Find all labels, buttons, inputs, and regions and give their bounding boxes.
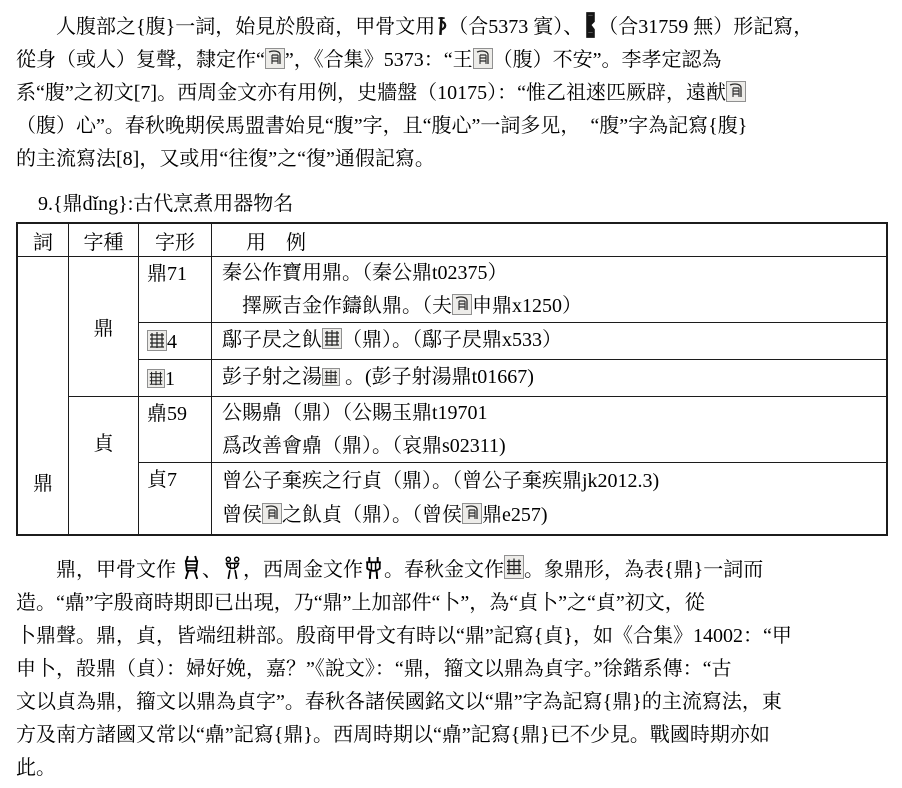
usage-line: 擇厥吉金作鑄飤鼎。（夫申鼎x1250） bbox=[242, 290, 886, 323]
usage-line: 秦公作寶用鼎。（秦公鼎t02375） bbox=[222, 257, 886, 290]
body-text: 申卜，㱿鼎（貞）：婦好娩，嘉？”《說文》：“鼎，籀文以鼎為貞字。”徐鍇系傳：“古 bbox=[16, 658, 732, 680]
text-line: 人腹部之{腹}一詞，始見於殷商，甲骨文用（合5373 賓）、（合31759 無）… bbox=[16, 11, 888, 44]
usage-text: 鼎e257) bbox=[482, 504, 548, 526]
table-cell-usage-r1: 秦公作寶用鼎。（秦公鼎t02375） 擇厥吉金作鑄飤鼎。（夫申鼎x1250） bbox=[212, 257, 886, 323]
body-text: 從身（或人）复聲，隸定作“ bbox=[16, 49, 265, 71]
body-text: 。象鼎形，為表{鼎}一詞而 bbox=[524, 559, 763, 581]
boxed-char-in-example-icon bbox=[452, 294, 472, 315]
usage-text: 申鼎x1250） bbox=[472, 295, 582, 317]
header-label: 字形 bbox=[155, 226, 195, 255]
oracle-ding-b-icon bbox=[222, 556, 243, 580]
table-cell-usage-r5: 曾公子棄疾之行貞（鼎）。（曾公子棄疾鼎jk2012.3) 曾侯之飤貞（鼎）。（曾… bbox=[212, 463, 886, 534]
text-line: 鼎，甲骨文作 、，西周金文作。春秋金文作。象鼎形，為表{鼎}一詞而 bbox=[16, 554, 888, 587]
text-line: 從身（或人）复聲，隸定作“”，《合集》5373：“王（腹）不安”。李孝定認為 bbox=[16, 44, 888, 77]
header-label: 字種 bbox=[84, 226, 124, 255]
text-line: 此。 bbox=[16, 752, 888, 785]
boxed-char-in-example-icon bbox=[322, 368, 340, 386]
form-count: 1 bbox=[165, 368, 175, 390]
form-count: 4 bbox=[167, 331, 177, 353]
body-text: ，西周金文作 bbox=[243, 559, 363, 581]
type-value: 鼎 bbox=[94, 312, 114, 341]
form-value: 鼑59 bbox=[147, 403, 187, 425]
usage-line: 公賜鼑（鼎）（公賜玉鼎t19701 bbox=[222, 397, 886, 430]
body-text: （腹）心”。春秋晚期侯馬盟書始見“腹”字，且“腹心”一詞多见， “腹”字為記寫{… bbox=[16, 115, 747, 137]
usage-text: 爲改善會鼑（鼎）。（哀鼎s02311) bbox=[222, 435, 506, 457]
text-line: 系“腹”之初文[7]。西周金文亦有用例，史牆盤（10175）：“惟乙祖逨匹厥辟，… bbox=[16, 77, 888, 110]
body-text: ”，《合集》5373：“王 bbox=[285, 49, 473, 71]
body-text: （合5373 賓）、 bbox=[448, 16, 583, 38]
table-cell-form-r5: 貞7 bbox=[139, 463, 212, 534]
text-line: （腹）心”。春秋晚期侯馬盟書始見“腹”字，且“腹心”一詞多见， “腹”字為記寫{… bbox=[16, 110, 888, 143]
body-text: 的主流寫法[8]，又或用“往復”之“復”通假記寫。 bbox=[16, 148, 435, 170]
table-cell-form-r4: 鼑59 bbox=[139, 397, 212, 463]
table-header-usage: 用 例 bbox=[212, 224, 886, 257]
text-line: 文以貞為鼎，籀文以鼎為貞字”。春秋各諸侯國銘文以“鼎”字為記寫{鼎}的主流寫法，… bbox=[16, 686, 888, 719]
body-text: （腹）不安”。李孝定認為 bbox=[493, 49, 722, 71]
body-text: 此。 bbox=[16, 757, 56, 779]
usage-text: （鼎）。（鄬子昃鼎x533） bbox=[342, 329, 562, 351]
usage-text: 曾侯 bbox=[222, 504, 262, 526]
text-line: 卜鼎聲。鼎，貞，皆端纽耕部。殷商甲骨文有時以“鼎”記寫{貞}，如《合集》1400… bbox=[16, 620, 888, 653]
body-text: 系“腹”之初文[7]。西周金文亦有用例，史牆盤（10175）：“惟乙祖逨匹厥辟，… bbox=[16, 82, 726, 104]
word-value: 鼎 bbox=[33, 467, 53, 496]
body-text: 卜鼎聲。鼎，貞，皆端纽耕部。殷商甲骨文有時以“鼎”記寫{貞}，如《合集》1400… bbox=[16, 625, 792, 647]
usage-line: 鄬子昃之飤（鼎）。（鄬子昃鼎x533） bbox=[222, 323, 886, 358]
text-line: 方及南方諸國又常以“鼑”記寫{鼎}。西周時期以“鼑”記寫{鼎}已不少見。戰國時期… bbox=[16, 719, 888, 752]
oracle-ding-a-icon bbox=[181, 555, 202, 580]
body-text: 人腹部之{腹}一詞，始見於殷商，甲骨文用 bbox=[56, 16, 435, 38]
form-value: 貞7 bbox=[147, 469, 177, 491]
header-label: 詞 bbox=[33, 226, 53, 255]
table-cell-word: 鼎 bbox=[18, 257, 69, 534]
body-text: 、 bbox=[202, 559, 222, 581]
usage-text: 公賜鼑（鼎）（公賜玉鼎t19701 bbox=[222, 402, 488, 424]
paragraph-fu: 人腹部之{腹}一詞，始見於殷商，甲骨文用（合5373 賓）、（合31759 無）… bbox=[16, 11, 888, 176]
oracle-fu-image-1-icon bbox=[435, 16, 448, 36]
table-header-type: 字種 bbox=[69, 224, 139, 257]
body-text: 文以貞為鼎，籀文以鼎為貞字”。春秋各諸侯國銘文以“鼎”字為記寫{鼎}的主流寫法，… bbox=[16, 691, 782, 713]
body-text: 方及南方諸國又常以“鼑”記寫{鼎}。西周時期以“鼑”記寫{鼎}已不少見。戰國時期… bbox=[16, 724, 770, 746]
usage-text: 之飤貞（鼎）。（曾侯 bbox=[282, 504, 462, 526]
boxed-form-si-ding-icon bbox=[147, 330, 167, 351]
rare-char-box-icon bbox=[473, 48, 493, 69]
text-line: 造。“鼑”字殷商時期即已出現，乃“鼎”上加部件“卜”，為“貞卜”之“貞”初文，從 bbox=[16, 587, 888, 620]
glyph-usage-table: 詞 字種 字形 用 例 鼎 鼎 貞 鼎71 秦公作寶用鼎。（秦公鼎t02375）… bbox=[16, 222, 888, 536]
oracle-fu-image-2-icon bbox=[583, 12, 598, 38]
section-heading: 9.{鼎dǐng}:古代烹煮用器物名 bbox=[16, 190, 888, 218]
table-cell-usage-r2: 鄬子昃之飤（鼎）。（鄬子昃鼎x533） bbox=[212, 323, 886, 360]
header-label: 用 例 bbox=[246, 226, 306, 255]
usage-text: 鄬子昃之飤 bbox=[222, 329, 322, 351]
type-value: 貞 bbox=[94, 427, 114, 456]
section-heading-text: 9.{鼎dǐng}:古代烹煮用器物名 bbox=[38, 193, 293, 215]
table-cell-form-r3: 1 bbox=[139, 360, 212, 397]
usage-text: 秦公作寶用鼎。（秦公鼎t02375） bbox=[222, 262, 508, 284]
body-text: （合31759 無）形記寫， bbox=[598, 16, 813, 38]
usage-text: 彭子射之湯 bbox=[222, 366, 322, 388]
usage-text: 曾公子棄疾之行貞（鼎）。（曾公子棄疾鼎jk2012.3) bbox=[222, 470, 659, 492]
boxed-char-in-example-icon bbox=[462, 503, 482, 524]
boxed-form-ding-variant-icon bbox=[147, 369, 165, 388]
usage-line: 彭子射之湯 。(彭子射湯鼎t01667) bbox=[222, 360, 886, 395]
body-text: 。春秋金文作 bbox=[384, 559, 504, 581]
boxed-char-in-example-icon bbox=[262, 503, 282, 524]
bronze-ding-icon bbox=[363, 556, 384, 580]
table-cell-type-zhen: 貞 bbox=[69, 397, 139, 534]
text-line: 的主流寫法[8]，又或用“往復”之“復”通假記寫。 bbox=[16, 143, 888, 176]
usage-line: 曾公子棄疾之行貞（鼎）。（曾公子棄疾鼎jk2012.3) bbox=[222, 464, 886, 498]
rare-char-box-icon bbox=[726, 81, 746, 102]
document-page: { "colors": { "text": "#000000", "backgr… bbox=[0, 0, 902, 788]
boxed-bronze-ding-icon bbox=[504, 555, 524, 579]
table-cell-type-ding: 鼎 bbox=[69, 257, 139, 397]
body-text: 鼎，甲骨文作 bbox=[56, 559, 181, 581]
table-header-form: 字形 bbox=[139, 224, 212, 257]
usage-line: 爲改善會鼑（鼎）。（哀鼎s02311) bbox=[222, 430, 886, 463]
table-cell-form-r2: 4 bbox=[139, 323, 212, 360]
table-cell-form-r1: 鼎71 bbox=[139, 257, 212, 323]
text-line: 申卜，㱿鼎（貞）：婦好娩，嘉？”《說文》：“鼎，籀文以鼎為貞字。”徐鍇系傳：“古 bbox=[16, 653, 888, 686]
usage-line: 曾侯之飤貞（鼎）。（曾侯鼎e257) bbox=[222, 498, 886, 532]
boxed-char-in-example-icon bbox=[322, 328, 342, 349]
table-header-word: 詞 bbox=[18, 224, 69, 257]
usage-text: 。(彭子射湯鼎t01667) bbox=[340, 366, 534, 388]
form-value: 鼎71 bbox=[147, 263, 187, 285]
paragraph-ding: 鼎，甲骨文作 、，西周金文作。春秋金文作。象鼎形，為表{鼎}一詞而 造。“鼑”字… bbox=[16, 554, 888, 785]
usage-text: 擇厥吉金作鑄飤鼎。（夫 bbox=[242, 295, 452, 317]
body-text: 造。“鼑”字殷商時期即已出現，乃“鼎”上加部件“卜”，為“貞卜”之“貞”初文，從 bbox=[16, 592, 705, 614]
rare-char-box-icon bbox=[265, 48, 285, 69]
table-cell-usage-r4: 公賜鼑（鼎）（公賜玉鼎t19701 爲改善會鼑（鼎）。（哀鼎s02311) bbox=[212, 397, 886, 463]
table-cell-usage-r3: 彭子射之湯 。(彭子射湯鼎t01667) bbox=[212, 360, 886, 397]
